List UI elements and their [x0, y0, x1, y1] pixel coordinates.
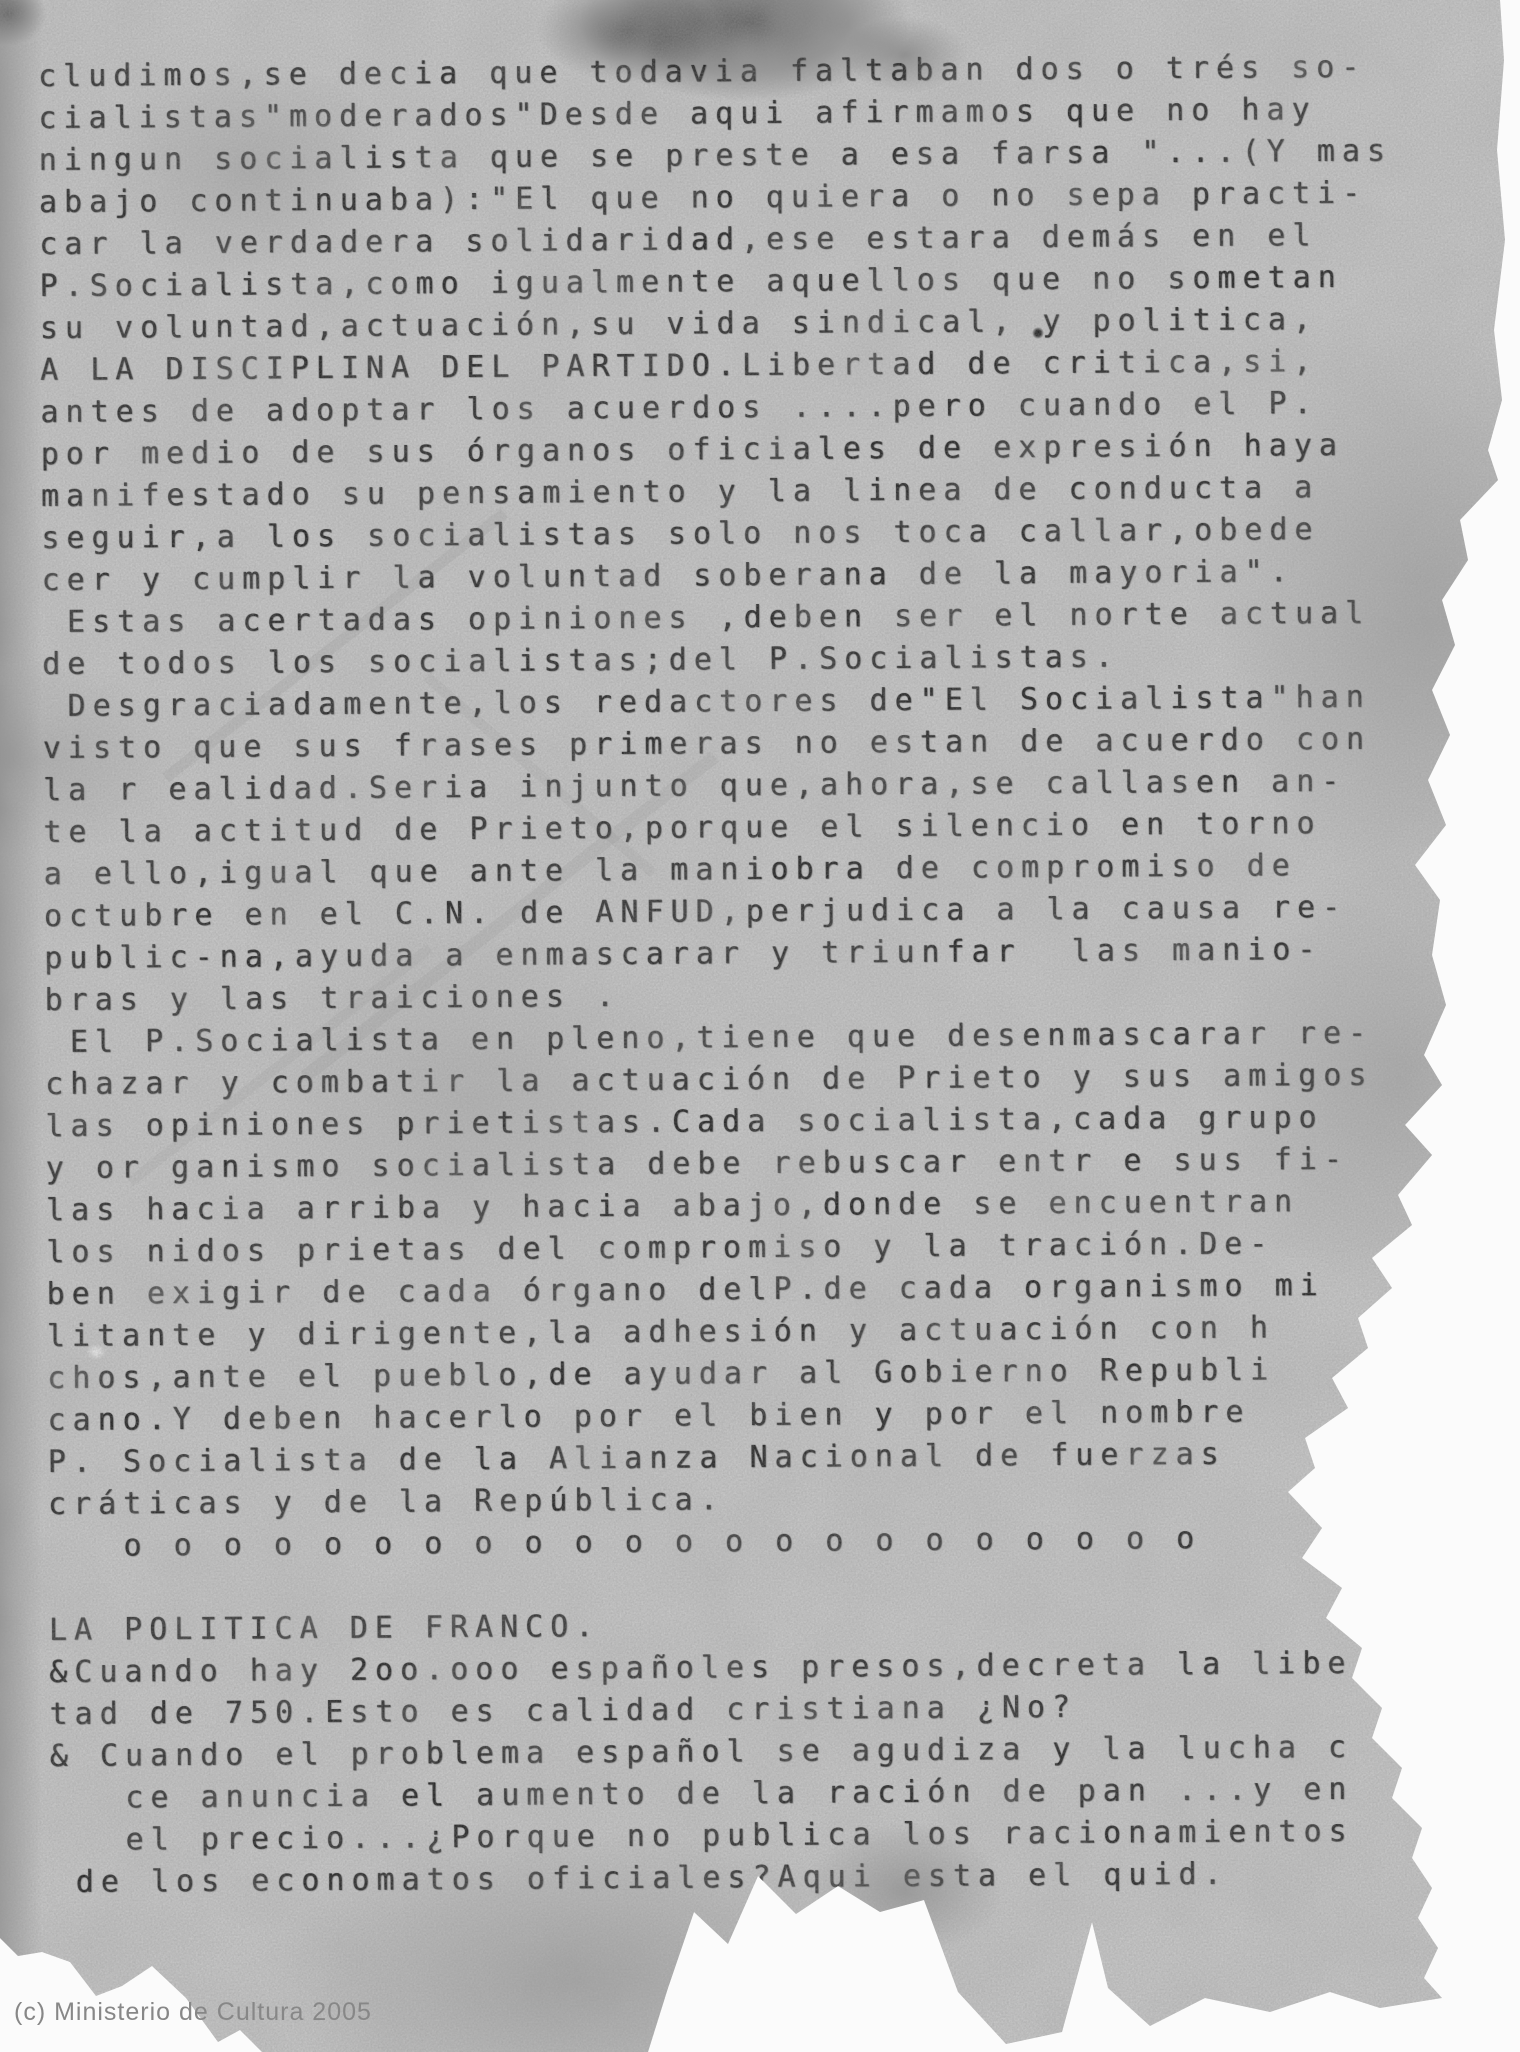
document-line: de los economatos oficiales?Aqui esta el… [51, 1853, 1405, 1904]
paper-sheet: cludimos,se decia que todavia faltaban d… [0, 0, 1520, 2052]
copyright-watermark: (c) Ministerio de Cultura 2005 [14, 1998, 372, 2027]
scanned-page: cludimos,se decia que todavia faltaban d… [0, 0, 1520, 2052]
document-text: cludimos,se decia que todavia faltaban d… [38, 47, 1404, 1904]
